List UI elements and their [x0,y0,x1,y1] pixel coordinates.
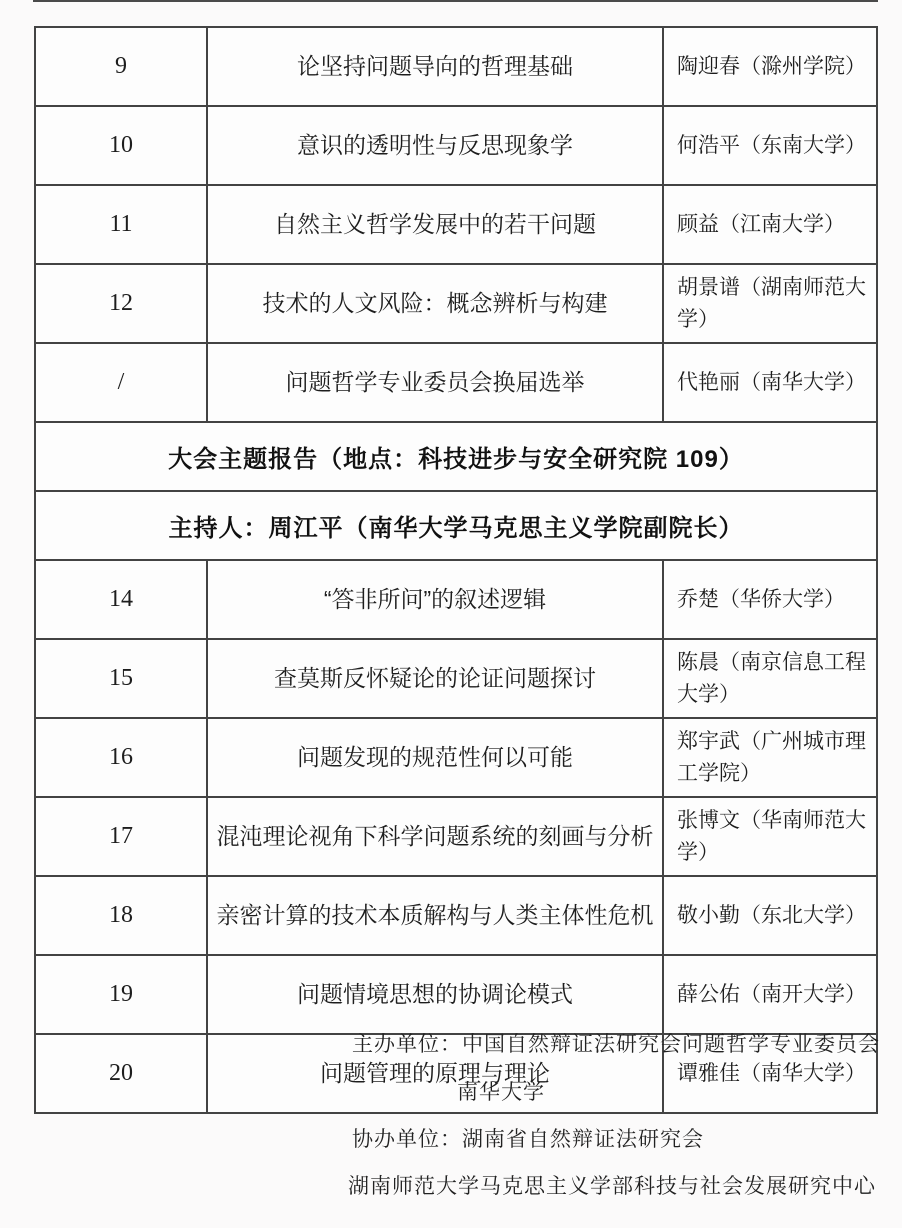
presenter-cell: 陶迎春（滁州学院） [663,27,877,106]
paper-title-cell: 意识的透明性与反思现象学 [207,106,663,185]
row-number-cell: 19 [35,955,207,1034]
table-row: 18 亲密计算的技术本质解构与人类主体性危机 敬小勤（东北大学） [35,876,877,955]
paper-title-cell: 混沌理论视角下科学问题系统的刻画与分析 [207,797,663,876]
row-number-cell: 20 [35,1034,207,1113]
paper-title-cell: 问题哲学专业委员会换届选举 [207,343,663,422]
footer-co-host-line-2: 湖南师范大学马克思主义学部科技与社会发展研究中心 [348,1170,876,1200]
presenter-cell: 胡景谱（湖南师范大学） [663,264,877,343]
row-number-cell: 11 [35,185,207,264]
table-top-edge-line [33,0,878,2]
conference-program-page: 9 论坚持问题导向的哲理基础 陶迎春（滁州学院） 10 意识的透明性与反思现象学… [0,0,902,1228]
table-row: 15 查莫斯反怀疑论的论证问题探讨 陈晨（南京信息工程大学） [35,639,877,718]
presenter-cell: 敬小勤（东北大学） [663,876,877,955]
footer-co-host-line-1: 协办单位：湖南省自然辩证法研究会 [352,1123,704,1153]
presenter-cell: 薛公佑（南开大学） [663,955,877,1034]
presenter-cell: 张博文（华南师范大学） [663,797,877,876]
row-number-cell: 18 [35,876,207,955]
header-rows-group: 大会主题报告（地点：科技进步与安全研究院 109） 主持人：周江平（南华大学马克… [35,422,877,560]
table-row: 16 问题发现的规范性何以可能 郑宇武（广州城市理工学院） [35,718,877,797]
row-number-cell: 15 [35,639,207,718]
paper-title-cell: 论坚持问题导向的哲理基础 [207,27,663,106]
presenter-cell: 代艳丽（南华大学） [663,343,877,422]
table-row: 11 自然主义哲学发展中的若干问题 顾益（江南大学） [35,185,877,264]
paper-title-cell: “答非所问”的叙述逻辑 [207,560,663,639]
keynote-section-header-row: 大会主题报告（地点：科技进步与安全研究院 109） [35,422,877,491]
moderator-text: 主持人：周江平（南华大学马克思主义学院副院长） [35,491,877,560]
presenter-cell: 陈晨（南京信息工程大学） [663,639,877,718]
footer-host-line-2: 南华大学 [457,1076,545,1106]
row-number-cell: 12 [35,264,207,343]
paper-title-cell: 问题情境思想的协调论模式 [207,955,663,1034]
paper-title-cell: 亲密计算的技术本质解构与人类主体性危机 [207,876,663,955]
presenter-cell: 顾益（江南大学） [663,185,877,264]
row-number-cell: / [35,343,207,422]
table-row: 12 技术的人文风险：概念辨析与构建 胡景谱（湖南师范大学） [35,264,877,343]
footer-host-line-1: 主办单位：中国自然辩证法研究会问题哲学专业委员会 [352,1028,880,1058]
row-number-cell: 14 [35,560,207,639]
presenter-cell: 郑宇武（广州城市理工学院） [663,718,877,797]
table-row: 17 混沌理论视角下科学问题系统的刻画与分析 张博文（华南师范大学） [35,797,877,876]
paper-title-cell: 查莫斯反怀疑论的论证问题探讨 [207,639,663,718]
presenter-cell: 何浩平（东南大学） [663,106,877,185]
table-row: 10 意识的透明性与反思现象学 何浩平（东南大学） [35,106,877,185]
table-row: 9 论坚持问题导向的哲理基础 陶迎春（滁州学院） [35,27,877,106]
presenter-cell: 乔楚（华侨大学） [663,560,877,639]
moderator-row: 主持人：周江平（南华大学马克思主义学院副院长） [35,491,877,560]
row-number-cell: 17 [35,797,207,876]
row-number-cell: 10 [35,106,207,185]
paper-title-cell: 问题发现的规范性何以可能 [207,718,663,797]
table-row: / 问题哲学专业委员会换届选举 代艳丽（南华大学） [35,343,877,422]
table-row: 19 问题情境思想的协调论模式 薛公佑（南开大学） [35,955,877,1034]
session-rows-group: 9 论坚持问题导向的哲理基础 陶迎春（滁州学院） 10 意识的透明性与反思现象学… [35,27,877,422]
paper-title-cell: 技术的人文风险：概念辨析与构建 [207,264,663,343]
paper-title-cell: 自然主义哲学发展中的若干问题 [207,185,663,264]
row-number-cell: 16 [35,718,207,797]
row-number-cell: 9 [35,27,207,106]
program-table: 9 论坚持问题导向的哲理基础 陶迎春（滁州学院） 10 意识的透明性与反思现象学… [34,26,878,1114]
keynote-section-header: 大会主题报告（地点：科技进步与安全研究院 109） [35,422,877,491]
table-row: 14 “答非所问”的叙述逻辑 乔楚（华侨大学） [35,560,877,639]
